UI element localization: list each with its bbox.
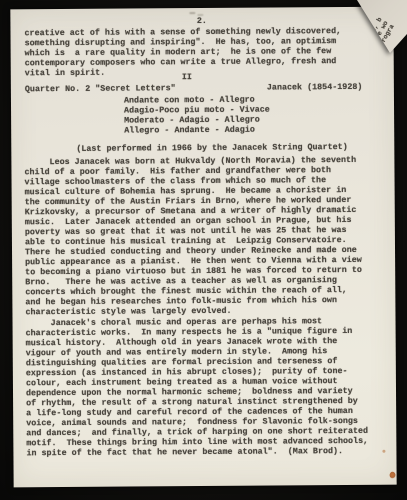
paragraph-janacek-style: Janacek's choral music and operas are pe… (25, 316, 368, 458)
scanned-document-background: 2. creative act of his with a sense of s… (0, 0, 407, 500)
corner-text-fragment: Ja did, b are wo progra (360, 13, 396, 47)
pencil-smudge-mark (189, 12, 195, 14)
composer-and-dates: Janacek (1854-1928) (267, 82, 363, 93)
rust-stain (390, 472, 396, 479)
rust-speck (382, 450, 385, 453)
section-numeral: II (182, 72, 192, 82)
work-title: Quarter No. 2 "Secret Letters" (25, 83, 176, 94)
last-performed-note: (Last performed in 1966 by the Janacek S… (76, 142, 347, 154)
movement-list: Andante con moto - Allegro Adagio-Poco p… (124, 95, 270, 136)
corner-paper: Ja did, b are wo progra (340, 0, 407, 60)
overlapping-page-corner: Ja did, b are wo progra (340, 0, 407, 60)
program-notes-page: 2. creative act of his with a sense of s… (10, 7, 396, 488)
paragraph-janacek-biography: Leos Janacek was born at Hukvaldy (North… (24, 155, 362, 317)
paragraph-intro-continued: creative act of his with a sense of some… (24, 26, 341, 78)
corner-paper-shadow: Ja did, b are wo progra (340, 0, 407, 60)
